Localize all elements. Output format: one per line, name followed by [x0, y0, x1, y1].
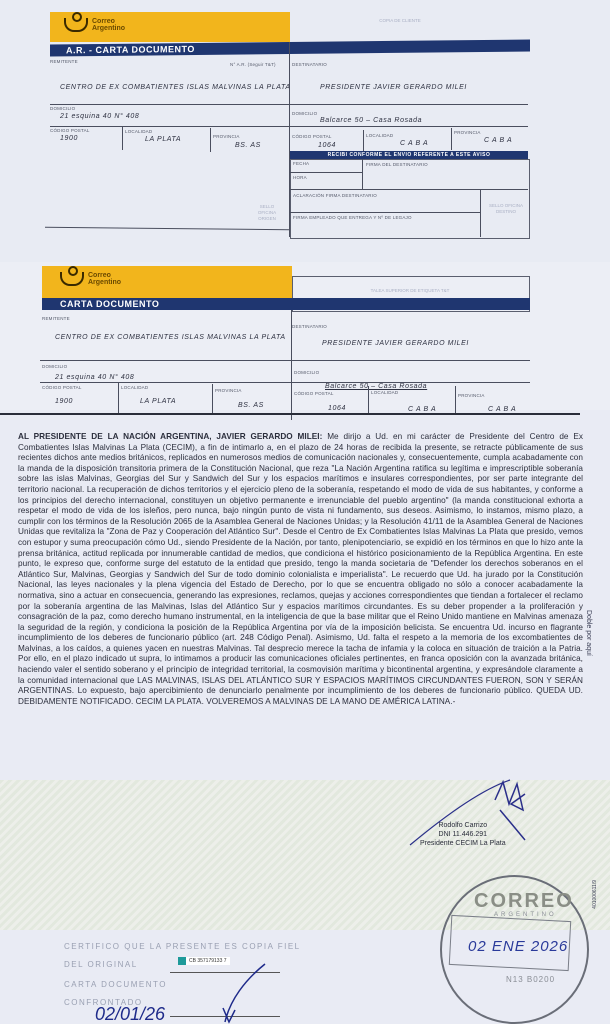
remitente-label: REMITENTE	[42, 316, 70, 321]
dest-localidad-label: LOCALIDAD	[371, 390, 398, 395]
dest-localidad-value: C A B A	[400, 140, 428, 147]
dest-localidad-label: LOCALIDAD	[366, 133, 393, 138]
hora-label: HORA	[293, 175, 307, 180]
correo-logo-icon	[64, 18, 88, 32]
remitente-label: REMITENTE	[50, 59, 78, 64]
dest-provincia-value: C A B A	[488, 406, 516, 413]
initial-signature-icon	[215, 960, 275, 1024]
brand-line-2: Argentino	[92, 25, 125, 32]
domicilio-label: DOMICILIO	[50, 106, 75, 111]
cp-label: CÓDIGO POSTAL	[42, 385, 82, 390]
localidad-label: LOCALIDAD	[125, 129, 152, 134]
letter-text: Me dirijo a Ud. en mi carácter de Presid…	[18, 432, 583, 706]
receipt-divider	[480, 189, 481, 237]
correo-logo-icon	[60, 272, 84, 286]
cd-divider	[291, 310, 292, 420]
brand-line-2: Argentino	[88, 279, 121, 286]
receipt-rule	[290, 172, 362, 173]
cp-label: CÓDIGO POSTAL	[50, 128, 90, 133]
dest-provincia-label: PROVINCIA	[454, 130, 481, 135]
provincia-value: BS. AS	[235, 142, 261, 149]
provincia-label: PROVINCIA	[213, 134, 240, 139]
signer-role: Presidente CECIM La Plata	[420, 839, 506, 848]
destinatario-label: DESTINATARIO	[292, 324, 327, 329]
cert-line-1: CERTIFICO QUE LA PRESENTE ES COPIA FIEL	[64, 942, 301, 951]
etiqueta-label: TALEA SUPERIOR DE ETIQUETA T&T	[370, 288, 450, 294]
letter-salutation: AL PRESIDENTE DE LA NACIÓN ARGENTINA, JA…	[18, 432, 322, 441]
firma-empleado-label: FIRMA EMPLEADO QUE ENTREGA Y Nº DE LEGAJ…	[293, 215, 412, 220]
signature-block: Rodolfo Carrizo DNI 11.446.291 President…	[420, 821, 506, 848]
cd-divider	[455, 386, 456, 414]
sello-origen: SELLO OFICINA ORIGEN	[250, 204, 284, 222]
receipt-divider	[362, 159, 363, 189]
dest-cp-label: CÓDIGO POSTAL	[294, 391, 334, 396]
cd-divider	[368, 386, 369, 414]
correo-logo: CorreoArgentino	[64, 18, 125, 32]
ar-number-label: N° A.R. (Seguir T&T)	[230, 62, 276, 67]
correo-logo: CorreoArgentino	[60, 272, 121, 286]
dest-cp-value: 1064	[328, 405, 346, 412]
dest-domicilio-value: Balcarce 50 – Casa Rosada	[325, 383, 427, 390]
dest-localidad-value: C A B A	[408, 406, 436, 413]
cp-value: 1900	[55, 398, 73, 405]
signer-dni: DNI 11.446.291	[420, 830, 506, 839]
cd-bottom-rule	[0, 413, 580, 415]
dest-domicilio-value: Balcarce 50 – Casa Rosada	[320, 117, 422, 124]
dest-cp-value: 1064	[318, 142, 336, 149]
receipt-box	[290, 159, 530, 239]
dest-provincia-label: PROVINCIA	[458, 393, 485, 398]
remitente-value: CENTRO DE EX COMBATIENTES ISLAS MALVINAS…	[55, 334, 286, 341]
cd-title: CARTA DOCUMENTO	[42, 298, 530, 310]
form-code: 401000611/9	[592, 880, 598, 909]
cert-line-3: CARTA DOCUMENTO	[64, 980, 167, 989]
ar-divider	[363, 130, 364, 152]
localidad-label: LOCALIDAD	[121, 385, 148, 390]
destinatario-label: DESTINATARIO	[292, 62, 327, 67]
destinatario-value: PRESIDENTE JAVIER GERARDO MILEI	[320, 84, 467, 91]
ar-rule	[50, 104, 528, 105]
cp-value: 1900	[60, 135, 78, 142]
fold-note: Doble por aquí	[585, 610, 592, 656]
recibi-banner: RECIBI CONFORME EL ENVIO REFERENTE A EST…	[290, 151, 528, 159]
remitente-value: CENTRO DE EX COMBATIENTES ISLAS MALVINAS…	[60, 84, 291, 91]
firma-dest-label: FIRMA DEL DESTINATARIO	[366, 162, 428, 167]
provincia-label: PROVINCIA	[215, 388, 242, 393]
cert-line-2: DEL ORIGINAL	[64, 960, 138, 969]
localidad-value: LA PLATA	[140, 398, 176, 405]
cd-rule	[40, 382, 530, 383]
provincia-value: BS. AS	[238, 402, 264, 409]
brand-line-1: Correo	[92, 18, 115, 25]
dest-domicilio-label: DOMICILIO	[292, 111, 317, 116]
ar-divider	[122, 126, 123, 150]
dest-domicilio-label: DOMICILIO	[294, 370, 319, 375]
domicilio-value: 21 esquina 40 N° 408	[55, 374, 134, 381]
aclaracion-label: ACLARACIÓN FIRMA DESTINATARIO	[293, 193, 377, 198]
handwritten-date: 02/01/26	[95, 1004, 165, 1024]
dest-provincia-value: C A B A	[484, 137, 512, 144]
signer-name: Rodolfo Carrizo	[420, 821, 506, 830]
stamp-title: CORREO	[474, 890, 574, 913]
localidad-value: LA PLATA	[145, 136, 181, 143]
destinatario-value: PRESIDENTE JAVIER GERARDO MILEI	[322, 340, 469, 347]
brand-line-1: Correo	[88, 272, 111, 279]
receipt-rule	[290, 212, 480, 213]
ar-divider	[210, 128, 211, 152]
domicilio-value: 21 esquina 40 N° 408	[60, 113, 139, 120]
stamp-subtitle: ARGENTINO	[494, 912, 557, 918]
sello-destino: SELLO OFICINA DESTINO	[488, 203, 524, 215]
copy-label: COPIA DE CLIENTE	[360, 18, 440, 24]
letter-body: AL PRESIDENTE DE LA NACIÓN ARGENTINA, JA…	[18, 432, 583, 707]
ar-divider	[451, 128, 452, 150]
dest-cp-label: CÓDIGO POSTAL	[292, 134, 332, 139]
cd-divider	[212, 384, 213, 414]
stamp-date: 02 ENE 2026	[468, 938, 568, 955]
domicilio-label: DOMICILIO	[42, 364, 67, 369]
stamp-code: N13 B0200	[506, 975, 555, 984]
receipt-rule	[290, 189, 528, 190]
cd-rule	[40, 360, 530, 361]
cd-divider	[118, 382, 119, 414]
fecha-label: FECHA	[293, 161, 309, 166]
